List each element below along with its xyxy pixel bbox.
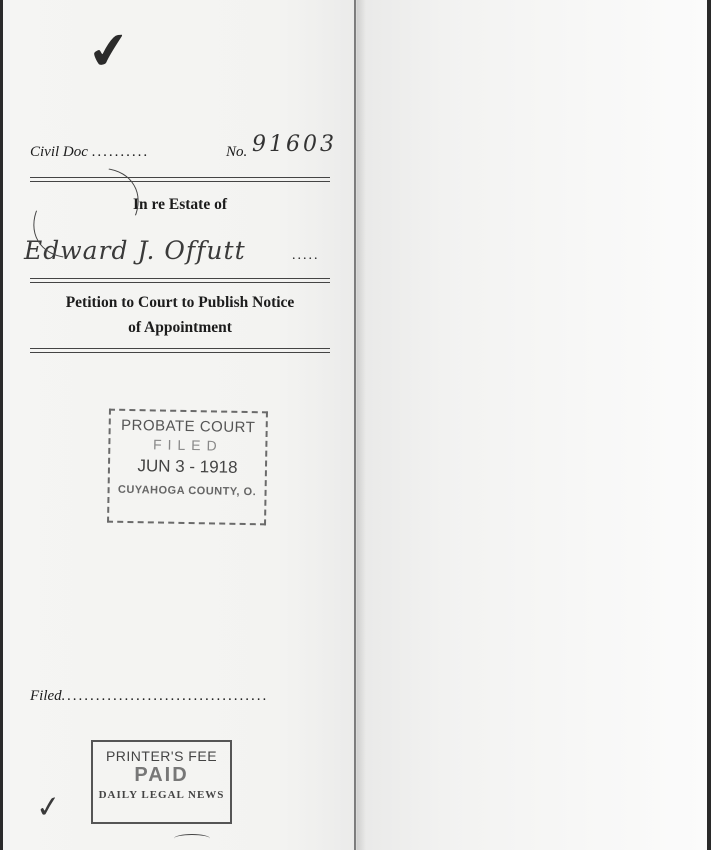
- case-number-label: No.: [226, 144, 247, 161]
- filed-label: Filed: [30, 688, 62, 704]
- case-number: 91603: [252, 132, 337, 157]
- scan-right-border: [707, 0, 711, 850]
- printers-fee-paid-stamp: PRINTER'S FEE PAID DAILY LEGAL NEWS: [91, 740, 232, 824]
- checkmark-icon: ✔: [84, 19, 134, 82]
- checkmark-small-icon: ✓: [34, 789, 63, 826]
- stamp-filed-date: JUN 3 - 1918: [110, 456, 265, 479]
- fold-shadow: [356, 0, 366, 850]
- double-rule-bottom: [30, 348, 330, 353]
- civil-doc-leader: ..........: [92, 144, 150, 161]
- probate-court-filed-stamp: PROBATE COURT FILED JUN 3 - 1918 CUYAHOG…: [107, 409, 268, 526]
- stamp-daily-legal-news: DAILY LEGAL NEWS: [93, 789, 230, 801]
- stamp-filed-label: FILED: [110, 436, 265, 455]
- pen-squiggle: [174, 834, 210, 843]
- stamp-court-name: PROBATE COURT: [111, 417, 266, 437]
- stamp-county: CUYAHOGA COUNTY, O.: [109, 484, 264, 499]
- double-rule-middle: [30, 278, 330, 283]
- petition-title-line2: of Appointment: [30, 315, 330, 340]
- stamp-printers-fee: PRINTER'S FEE: [93, 748, 230, 764]
- filed-leader: ....................................: [62, 688, 269, 704]
- petition-title-line1: Petition to Court to Publish Notice: [30, 290, 330, 315]
- petition-title: Petition to Court to Publish Notice of A…: [30, 290, 330, 340]
- civil-doc-label: Civil Doc: [30, 144, 88, 161]
- estate-name-leader: .....: [292, 248, 320, 264]
- civil-doc-row: Civil Doc .......... No. 91603: [30, 134, 335, 164]
- stamp-paid: PAID: [93, 764, 230, 787]
- filed-row: Filed...................................…: [30, 688, 335, 705]
- document-back-panel: [357, 0, 707, 850]
